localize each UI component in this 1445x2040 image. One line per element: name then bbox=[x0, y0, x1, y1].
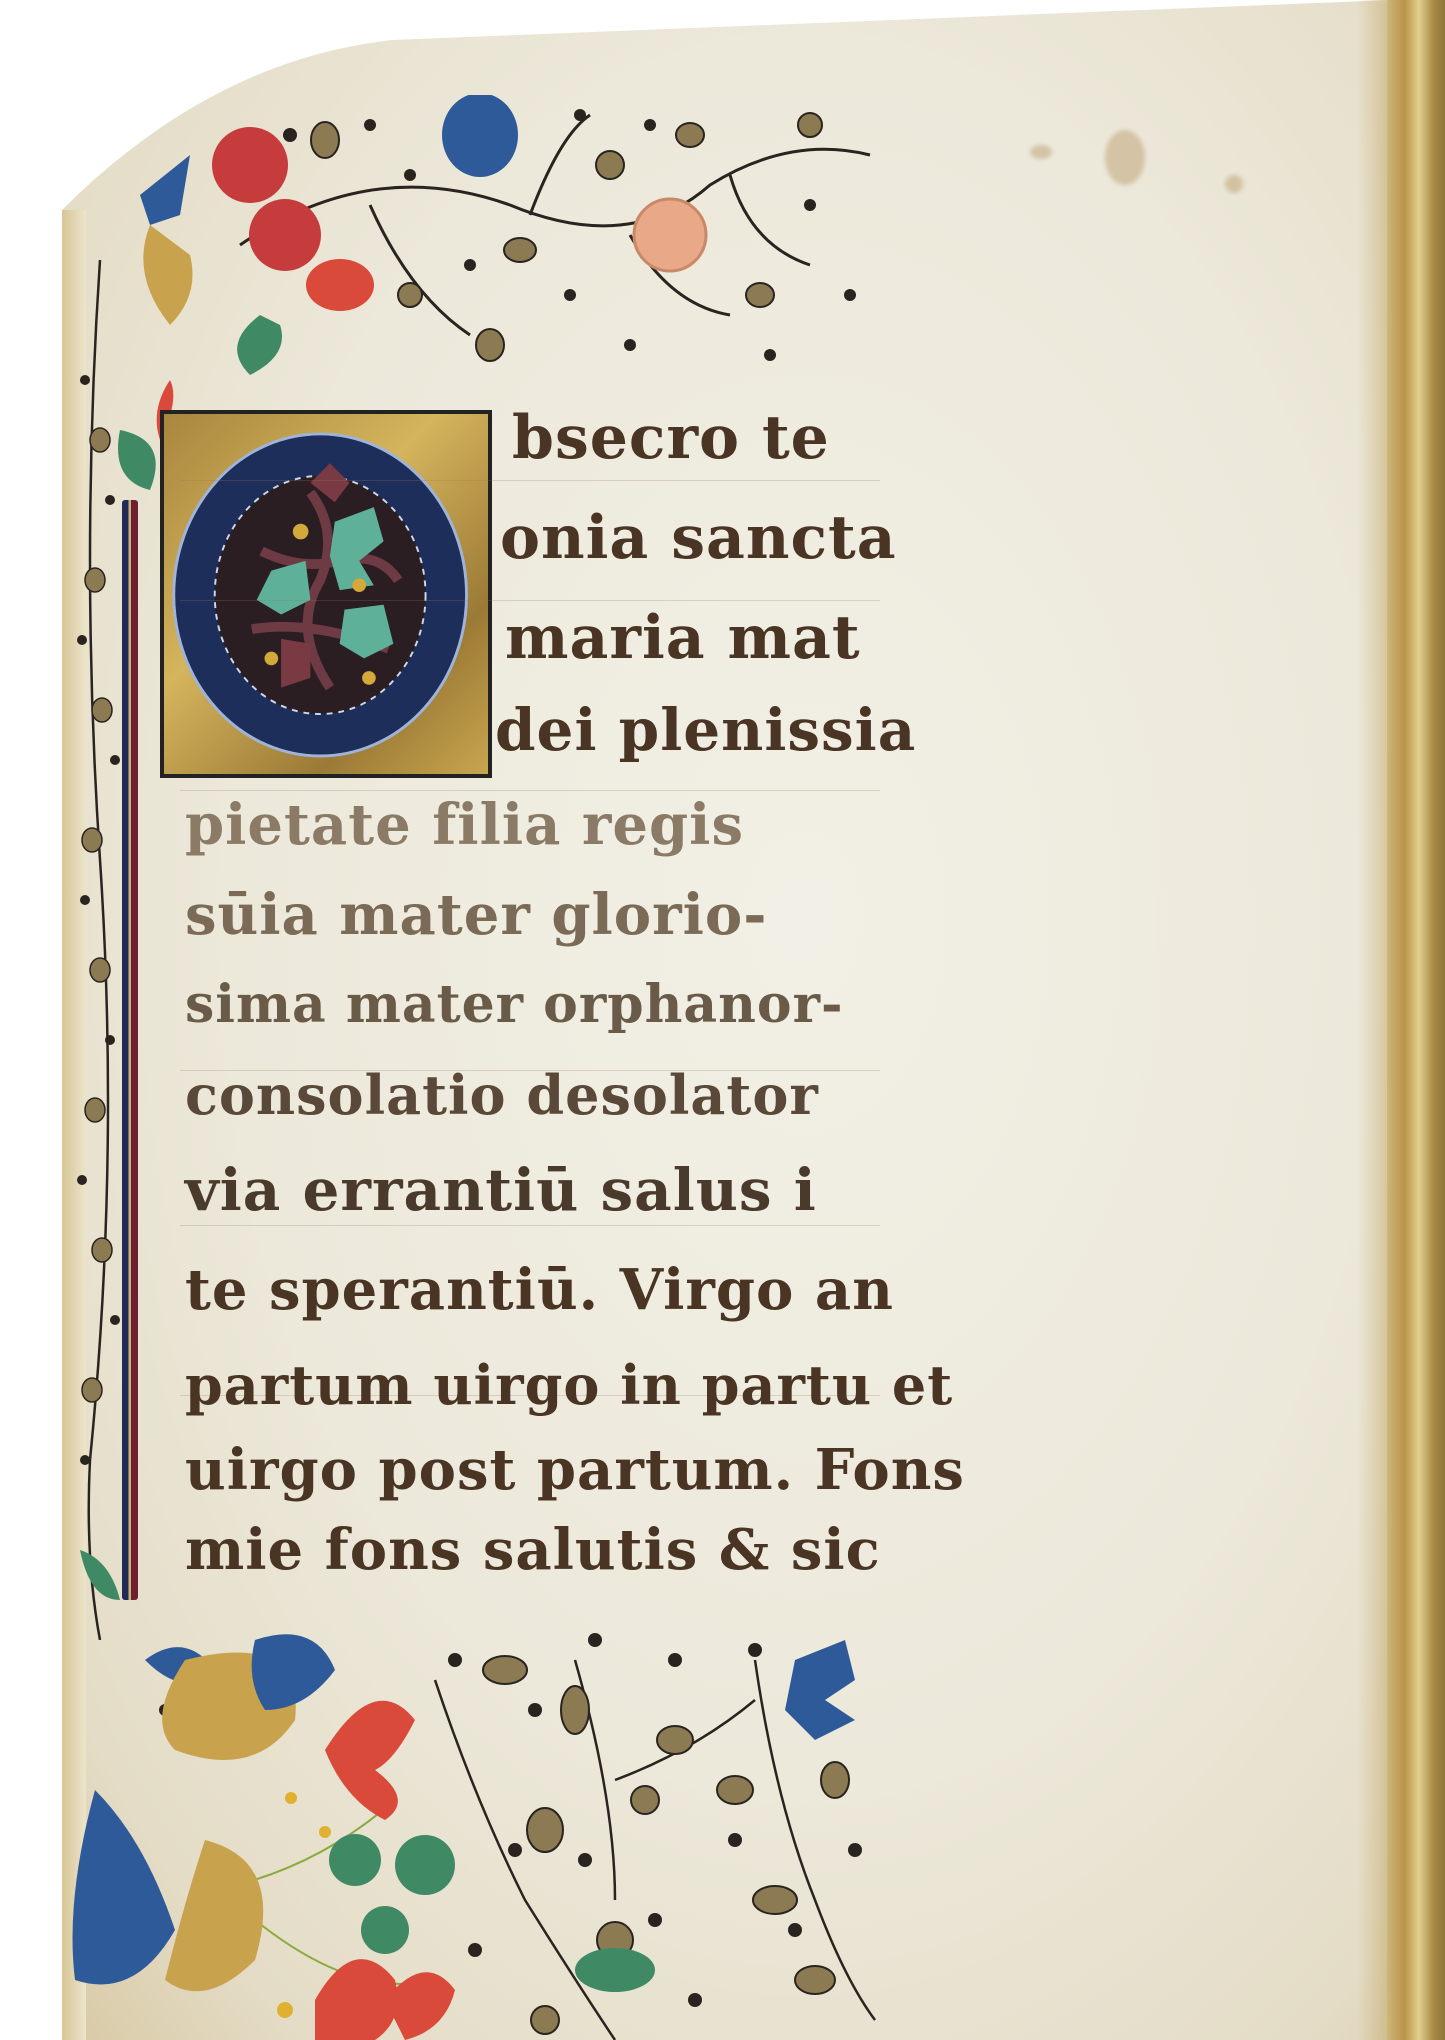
bottom-floral-border bbox=[55, 1600, 895, 2040]
ruling-line bbox=[180, 790, 880, 791]
text-line-6: sūia mater glorio- bbox=[185, 885, 767, 945]
ruling-line bbox=[180, 600, 880, 601]
text-line-10: te sperantiū. Virgo an bbox=[185, 1260, 894, 1320]
ruling-line bbox=[180, 480, 880, 481]
text-line-7: sima mater orphanor- bbox=[185, 975, 844, 1035]
text-line-4: dei plenissia bbox=[495, 700, 916, 760]
top-floral-border bbox=[110, 95, 880, 395]
text-line-9: via errantiū salus i bbox=[185, 1160, 817, 1220]
stain bbox=[1225, 175, 1243, 193]
text-line-5: pietate filia regis bbox=[185, 795, 744, 855]
text-line-11: partum uirgo in partu et bbox=[185, 1355, 953, 1415]
illuminated-initial bbox=[160, 410, 492, 778]
text-line-2: onia sancta bbox=[500, 508, 897, 568]
text-line-1: bsecro te bbox=[512, 408, 830, 468]
stain bbox=[1030, 145, 1052, 159]
gilt-fore-edge bbox=[1387, 0, 1445, 2040]
text-line-13: mie fons salutis & sic bbox=[185, 1520, 881, 1580]
ruling-line bbox=[180, 1225, 880, 1226]
stain bbox=[1105, 130, 1145, 185]
page-shadow bbox=[1357, 0, 1387, 2040]
border-bar bbox=[122, 500, 138, 1600]
text-line-12: uirgo post partum. Fons bbox=[185, 1440, 965, 1500]
text-line-8: consolatio desolator bbox=[185, 1065, 819, 1125]
text-line-3: maria mat bbox=[505, 608, 861, 668]
